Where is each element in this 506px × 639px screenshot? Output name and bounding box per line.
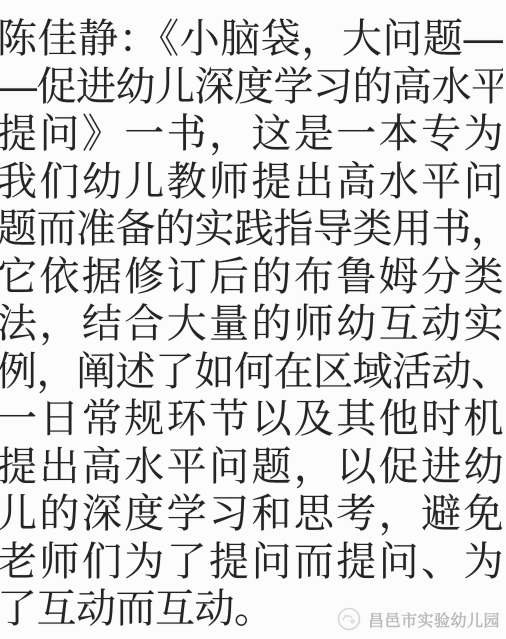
text-line: 例，阐述了如何在区域活动、 [0,349,503,397]
text-line: 它依据修订后的布鲁姆分类 [0,254,503,302]
text-line: —促进幼儿深度学习的高水平 [0,64,503,112]
text-line: 我们幼儿教师提出高水平问 [0,159,503,207]
text-line: 法，结合大量的师幼互动实 [0,301,503,349]
article-page: 陈佳静：《小脑袋，大问题— —促进幼儿深度学习的高水平 提问》一书，这是一本专为… [0,0,506,639]
watermark-label: 昌邑市实验幼儿园 [368,608,500,631]
text-line: 儿的深度学习和思考，避免 [0,491,503,539]
article-text-block: 陈佳静：《小脑袋，大问题— —促进幼儿深度学习的高水平 提问》一书，这是一本专为… [0,16,506,634]
text-line: 陈佳静：《小脑袋，大问题— [0,16,503,64]
text-line: 一日常规环节以及其他时机 [0,396,503,444]
text-line: 老师们为了提问而提问、为 [0,539,503,587]
text-line: 提问》一书，这是一本专为 [0,111,503,159]
watermark: 昌邑市实验幼儿园 [337,607,500,631]
kindergarten-logo-icon [337,607,361,631]
text-line: 题而准备的实践指导类用书， [0,206,503,254]
text-line: 提出高水平问题，以促进幼 [0,444,503,492]
